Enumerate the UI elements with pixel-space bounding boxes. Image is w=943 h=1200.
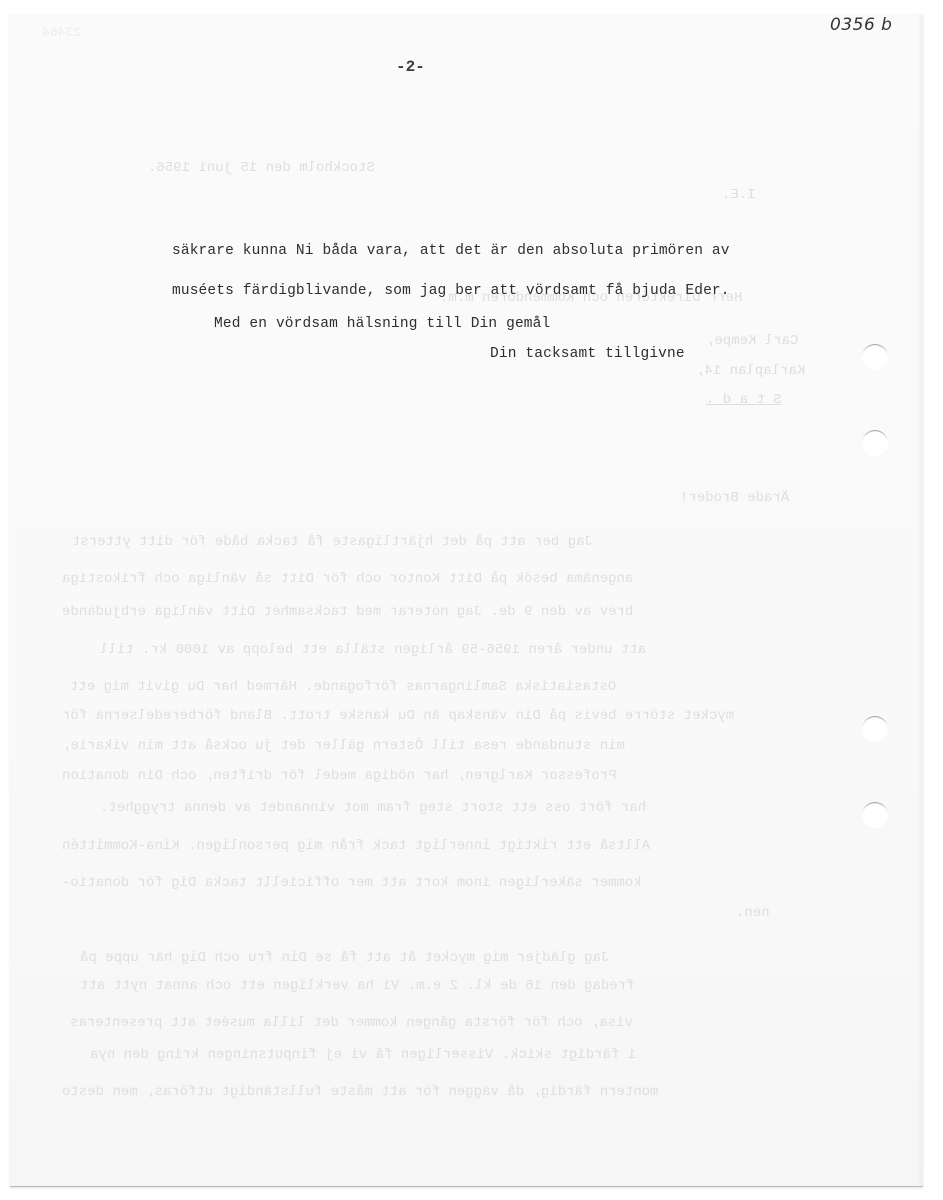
archive-number: 0356 b xyxy=(830,15,892,35)
punch-hole-icon xyxy=(862,344,888,370)
body-line: muséets färdigblivande, som jag ber att … xyxy=(172,283,730,299)
bleed-through-line: min stundande resa till Östern gäller de… xyxy=(62,738,625,754)
bleed-through-line: Jag ber att på det hjärtligaste få tacka… xyxy=(72,534,593,550)
bleed-through-line: montern färdig, då väggen för att måste … xyxy=(62,1084,659,1100)
bleed-through-line: Karlaplan 14, xyxy=(696,363,805,379)
bleed-through-line: nen. xyxy=(736,905,770,921)
bleed-through-corner-number: 23464 xyxy=(42,25,81,40)
bleed-through-line: Stockholm den 15 juni 1956. xyxy=(148,160,375,176)
bleed-through-line: Carl Kempe, xyxy=(706,333,798,349)
closing-line: Med en vördsam hälsning till Din gemål xyxy=(214,316,550,332)
bleed-through-line: angenäma besök på Ditt Kontor och för Di… xyxy=(62,571,633,587)
bleed-through-line: kommer säkerligen inom kort att mer offi… xyxy=(62,875,642,891)
bleed-through-line: Jag glädjer mig mycket åt att få se Din … xyxy=(80,950,609,966)
page-number: -2- xyxy=(396,58,425,76)
letter-page xyxy=(10,14,923,1187)
bleed-through-line: S t a d . xyxy=(706,392,782,408)
bleed-through-line: I.E. xyxy=(722,187,756,203)
bleed-through-line: Ostasiatiska Samlingarnas förfogande. Hä… xyxy=(70,679,616,695)
bleed-through-line: har fört oss ett stort steg fram mot vin… xyxy=(100,800,646,816)
bleed-through-line: att under åren 1956-59 årligen ställa et… xyxy=(100,642,646,658)
punch-hole-icon xyxy=(862,802,888,828)
body-line: säkrare kunna Ni båda vara, att det är d… xyxy=(172,243,730,259)
bleed-through-line: Ärade Broder! xyxy=(680,490,789,506)
signature-line: Din tacksamt tillgivne xyxy=(490,346,685,362)
bleed-through-line: i färdigt skick. Visserligen få vi ej fi… xyxy=(90,1047,636,1063)
bleed-through-line: Professor Karlgren, har nödiga medel för… xyxy=(62,768,617,784)
page-edge-shadow xyxy=(917,14,923,1186)
bleed-through-line: Alltså ett riktigt innerligt tack från m… xyxy=(62,838,650,854)
bleed-through-line: fredag den 16 de kl. 2 e.m. Vi ha verkli… xyxy=(80,978,635,994)
punch-hole-icon xyxy=(862,430,888,456)
punch-hole-icon xyxy=(862,716,888,742)
bleed-through-line: visa, och för första gången kommer det l… xyxy=(70,1015,633,1031)
scan-canvas: 23464 Stockholm den 15 juni 1956. I.E. H… xyxy=(0,0,943,1200)
bleed-through-line: mycket större bevis på Din vänskap än Du… xyxy=(62,708,734,724)
bleed-through-line: brev av den 9 de. Jag noterar med tacksa… xyxy=(62,604,633,620)
